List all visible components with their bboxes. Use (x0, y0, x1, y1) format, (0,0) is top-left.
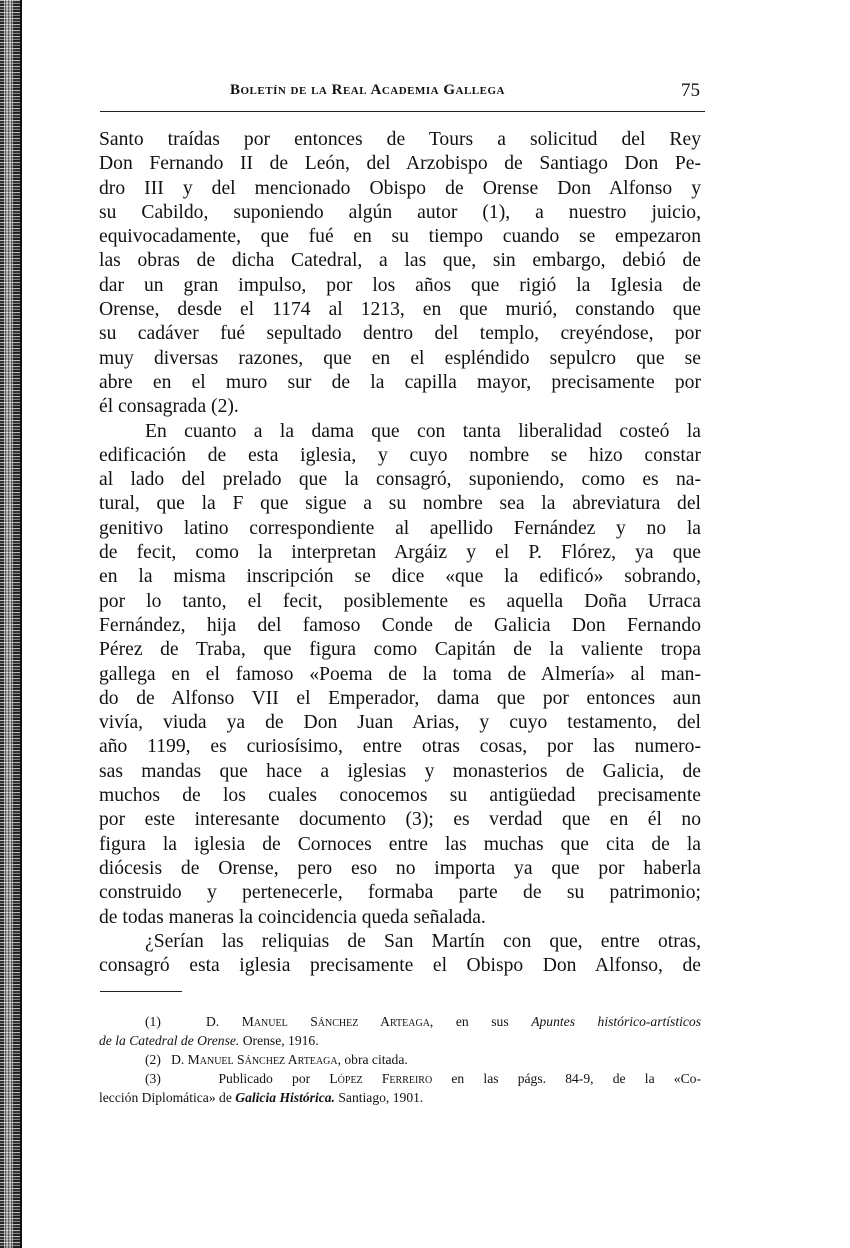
text-line: gallega en el famoso «Poema de la toma d… (99, 663, 701, 687)
footnote-text: en sus (433, 1014, 531, 1029)
paragraph-start-line: En cuanto a la dama que con tanta libera… (99, 420, 701, 444)
text-line: abre en el muro sur de la capilla mayor,… (99, 371, 701, 395)
footnote-3: (3) Publicado por López Ferreiro en las … (99, 1069, 701, 1088)
footnote-title: Galicia Histórica. (235, 1090, 335, 1105)
paragraph-start-line: ¿Serían las reliquias de San Martín con … (99, 930, 701, 954)
book-binding-edge (0, 0, 22, 1248)
footnote-text: obra citada. (341, 1052, 408, 1067)
page-number: 75 (681, 80, 700, 102)
running-title: Boletín de la Real Academia Gallega (230, 82, 505, 99)
body-text: Santo traídas por entonces de Tours a so… (99, 128, 701, 978)
text-line: genitivo latino correspondiente al apell… (99, 517, 701, 541)
footnote-1-continued: de la Catedral de Orense. Orense, 1916. (99, 1031, 701, 1050)
text-line: Fernández, hija del famoso Conde de Gali… (99, 614, 701, 638)
text-line: su cadáver fué sepultado dentro del temp… (99, 322, 701, 346)
footnote-text: Publicado por (218, 1071, 329, 1086)
text-line: diócesis de Orense, pero eso no importa … (99, 857, 701, 881)
footnote-author: D. Manuel Sánchez Arteaga, (206, 1014, 433, 1029)
text-line: muchos de los cuales conocemos su antigü… (99, 784, 701, 808)
footnote-text: en las págs. 84-9, de la «Co- (432, 1071, 701, 1086)
header-rule (100, 111, 705, 112)
footnote-text: Santiago, 1901. (335, 1090, 423, 1105)
footnote-1: (1) D. Manuel Sánchez Arteaga, en sus Ap… (99, 1012, 701, 1031)
text-line: do de Alfonso VII el Emperador, dama que… (99, 687, 701, 711)
text-line: de todas maneras la coincidencia queda s… (99, 906, 701, 930)
text-line: edificación de esta iglesia, y cuyo nomb… (99, 444, 701, 468)
text-line: construido y pertenecerle, formaba parte… (99, 881, 701, 905)
text-line: consagró esta iglesia precisamente el Ob… (99, 954, 701, 978)
text-line: él consagrada (2). (99, 395, 701, 419)
footnote-marker: (2) (145, 1052, 161, 1067)
text-line: de fecit, como la interpretan Argáiz y e… (99, 541, 701, 565)
text-line: su Cabildo, suponiendo algún autor (1), … (99, 201, 701, 225)
footnote-rule (100, 991, 182, 992)
text-line: Pérez de Traba, que figura como Capitán … (99, 638, 701, 662)
text-line: vivía, viuda ya de Don Juan Arias, y cuy… (99, 711, 701, 735)
text-line: en la misma inscripción se dice «que la … (99, 565, 701, 589)
footnote-title: Apuntes histórico-artísticos (531, 1014, 701, 1029)
footnote-marker: (1) (145, 1014, 161, 1029)
footnote-2: (2) D. Manuel Sánchez Arteaga, obra cita… (99, 1050, 701, 1069)
text-line: tural, que la F que sigue a su nombre se… (99, 492, 701, 516)
footnote-title: de la Catedral de Orense. (99, 1033, 239, 1048)
footnote-3-continued: lección Diplomática» de Galicia Históric… (99, 1088, 701, 1107)
text-line: Don Fernando II de León, del Arzobispo d… (99, 152, 701, 176)
footnotes: (1) D. Manuel Sánchez Arteaga, en sus Ap… (99, 1012, 701, 1107)
footnote-author: D. Manuel Sánchez Arteaga, (171, 1052, 341, 1067)
text-line: dar un gran impulso, por los años que ri… (99, 274, 701, 298)
footnote-text: Orense, 1916. (239, 1033, 318, 1048)
footnote-author: López Ferreiro (329, 1071, 432, 1086)
text-line: sas mandas que hace a iglesias y monaste… (99, 760, 701, 784)
text-line: al lado del prelado que la consagró, sup… (99, 468, 701, 492)
text-line: Santo traídas por entonces de Tours a so… (99, 128, 701, 152)
footnote-marker: (3) (145, 1071, 161, 1086)
text-line: dro III y del mencionado Obispo de Orens… (99, 177, 701, 201)
text-line: las obras de dicha Catedral, a las que, … (99, 249, 701, 273)
text-line: equivocadamente, que fué en su tiempo cu… (99, 225, 701, 249)
text-line: Orense, desde el 1174 al 1213, en que mu… (99, 298, 701, 322)
text-line: muy diversas razones, que en el espléndi… (99, 347, 701, 371)
text-line: por este interesante documento (3); es v… (99, 808, 701, 832)
footnote-text: lección Diplomática» de (99, 1090, 235, 1105)
page-header: Boletín de la Real Academia Gallega 75 (100, 82, 700, 108)
text-line: por lo tanto, el fecit, posiblemente es … (99, 590, 701, 614)
text-line: figura la iglesia de Cornoces entre las … (99, 833, 701, 857)
text-line: año 1199, es curiosísimo, entre otras co… (99, 735, 701, 759)
